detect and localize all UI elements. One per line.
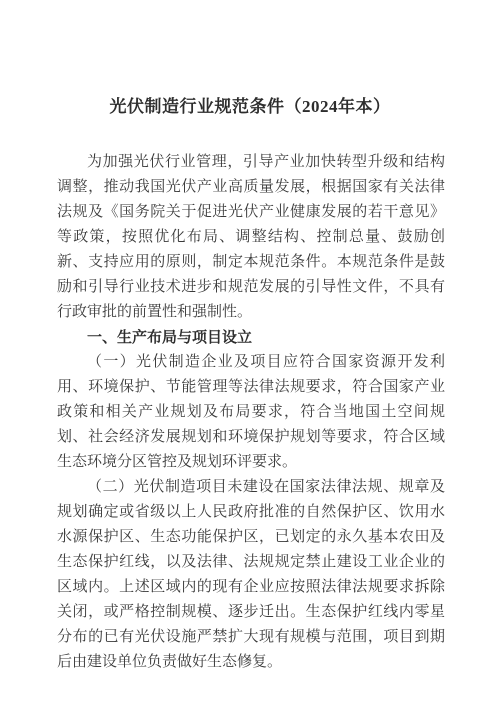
document-title: 光伏制造行业规范条件（2024年本） <box>40 95 460 119</box>
document-body: 为加强光伏行业管理，引导产业加快转型升级和结构调整，推动我国光伏产业高质量发展，… <box>57 150 445 675</box>
section-heading: 一、生产布局与项目设立 <box>57 325 445 350</box>
page-number: 1 <box>0 656 500 668</box>
paragraph: （一）光伏制造企业及项目应符合国家资源开发利用、环境保护、节能管理等法律法规要求… <box>57 350 445 475</box>
paragraph: 为加强光伏行业管理，引导产业加快转型升级和结构调整，推动我国光伏产业高质量发展，… <box>57 150 445 325</box>
document-page: 光伏制造行业规范条件（2024年本） 为加强光伏行业管理，引导产业加快转型升级和… <box>0 0 500 706</box>
paragraph: （二）光伏制造项目未建设在国家法律法规、规章及规划确定或省级以上人民政府批准的自… <box>57 475 445 675</box>
